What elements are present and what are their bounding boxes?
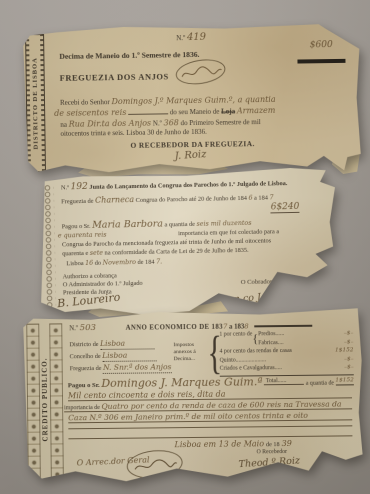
official-oval-stamp-icon bbox=[125, 448, 183, 481]
doc-title: Decima de Maneio do 1.º Semestre de 1836… bbox=[59, 50, 199, 61]
pagou-label: Pagou o Sr. bbox=[62, 223, 91, 231]
amount-rule bbox=[297, 59, 345, 64]
amount-words-hand-1: seis mil duzentos bbox=[196, 220, 251, 228]
tax-row-value: –$– bbox=[344, 338, 354, 347]
recebedor-signature: J. Roiz bbox=[174, 149, 206, 162]
rubric-oval-stamp-icon bbox=[174, 56, 227, 87]
lisboa-label: Lisboa bbox=[66, 260, 83, 267]
doc-number-label: N.º bbox=[61, 184, 69, 191]
district-side-label: DISTRICTO DE LISBOA bbox=[31, 57, 39, 149]
doc-number-value: 192 bbox=[70, 182, 87, 192]
junta-header: Junta do Lançamento da Congrua dos Paroc… bbox=[89, 180, 287, 191]
quarenta-label: quarenta e bbox=[62, 250, 88, 257]
sub-rows: Predios...... –$– Fabricas.... –$– bbox=[258, 329, 353, 347]
freguezia-title: FREGUEZIA DOS ANJOS bbox=[60, 72, 169, 83]
doc-number-value: 503 bbox=[80, 323, 96, 333]
year1-hand: 7 bbox=[223, 323, 227, 331]
na-label: na bbox=[60, 121, 67, 129]
maneio-struck-word: Loja bbox=[221, 107, 235, 115]
cobrador-label: O Cobrador bbox=[241, 278, 272, 286]
freguezia-label: Freguezia de bbox=[70, 365, 102, 372]
house-number-label: N.º bbox=[153, 119, 162, 127]
cobrador-signature: Fran.co Jorge bbox=[217, 290, 283, 307]
freguezia-field: Freguezia de N. Snr.ª dos Anjos bbox=[70, 361, 172, 374]
tax-row-value: 1$152 bbox=[335, 346, 354, 355]
impostos-label-3: Decima... bbox=[174, 356, 208, 363]
freguezia-value-hand: N. Snr.ª dos Anjos bbox=[103, 361, 172, 374]
rubric-scribble-icon bbox=[175, 57, 226, 86]
tax-row-label: Predios...... bbox=[258, 330, 284, 339]
month-hand: Novembro bbox=[103, 259, 137, 267]
doc-number-label: N.º bbox=[69, 325, 78, 332]
year1-hand: 6 bbox=[248, 195, 252, 202]
amount-words-line: de seiscentos reis do seu Maneio de Loja… bbox=[54, 106, 275, 118]
amount-hand: 6$240 bbox=[271, 202, 300, 214]
year2-hand: 7 bbox=[269, 194, 273, 201]
credito-publico-side-label: CREDITO PUBLICO. bbox=[41, 358, 50, 442]
street-hand: Rua Dir.ta dos Anjos bbox=[69, 119, 152, 129]
importancia-hand: Quatro por cento da renda de caza de 600… bbox=[101, 399, 341, 411]
side-label-strip: DISTRICTO DE LISBOA bbox=[25, 34, 46, 172]
blank-rule bbox=[264, 378, 304, 385]
house-line-hand: Caza N.º 306 em Janeiro prim.º de mil oi… bbox=[68, 410, 352, 423]
pagou-label: Pagou o Sr. bbox=[68, 382, 100, 389]
group-label: 1 por cento de bbox=[219, 330, 252, 347]
authorization-block: Authorizo a cobrança O Administrador do … bbox=[63, 271, 183, 297]
date-line: Lisboa 16 do Novembro de 184 7. bbox=[66, 259, 162, 268]
quantia-label: a quantia de bbox=[164, 221, 195, 229]
credito-publico-side-band: CREDITO PUBLICO. bbox=[26, 323, 64, 475]
recebi-label: Recebi do Senhor bbox=[60, 98, 110, 107]
tax-row-label: Criados e Cavalgaduras..... bbox=[220, 364, 282, 373]
photo-of-three-receipts: DISTRICTO DE LISBOA N.º 419 Decima de Ma… bbox=[0, 0, 370, 494]
receipt-credito-publico-paper: CREDITO PUBLICO. N.º 503 ANNO ECONOMICO … bbox=[23, 308, 363, 486]
house-number-hand: 368 bbox=[164, 118, 179, 127]
blank-rule bbox=[128, 107, 168, 115]
quantia-label: a quantia de bbox=[306, 381, 334, 387]
stamp-column-icon bbox=[49, 323, 64, 477]
congrua-until-label: Congrua do Parocho até 20 de Junho de 18… bbox=[136, 195, 247, 204]
year-word-hand: sete bbox=[90, 250, 103, 257]
concelho-field: Concelho de Lisboa bbox=[70, 349, 172, 362]
blank-ruled-line bbox=[68, 424, 352, 429]
freguezia-line: Freguezia de Charneca Congrua do Parocho… bbox=[61, 192, 273, 205]
recebedor-label: O Recebedor bbox=[257, 449, 287, 455]
receipt-credito-publico-1837: CREDITO PUBLICO. N.º 503 ANNO ECONOMICO … bbox=[23, 308, 363, 486]
body-line-2: quarenta e sete na conformidade da Carta… bbox=[62, 247, 249, 258]
districto-value-hand: Lisboa bbox=[100, 337, 154, 350]
de-18-label: de 18 bbox=[266, 441, 280, 448]
maneio-label: do seu Maneio de bbox=[170, 108, 220, 117]
doc-number-value: 419 bbox=[187, 32, 206, 43]
importancia-label: importancia em que foi colectado para a bbox=[178, 228, 279, 237]
receipt-decima-1836: DISTRICTO DE LISBOA N.º 419 Decima de Ma… bbox=[23, 24, 361, 177]
date-year-hand: 39 bbox=[282, 439, 292, 448]
concelho-label: Concelho de bbox=[70, 353, 101, 360]
stamp-scribble-icon bbox=[127, 449, 183, 480]
blank-ruled-line bbox=[68, 434, 352, 439]
total-value: 1$152 bbox=[335, 376, 354, 386]
importancia-label: importancia de bbox=[64, 405, 100, 411]
year2-hand: 8 bbox=[244, 322, 248, 330]
amount-words-hand-2: e quarenta reis bbox=[58, 232, 107, 240]
one-percent-group: 1 por cento de { Predios...... –$– Fabri… bbox=[219, 329, 353, 347]
tax-row-label: 4 por cento das rendas de casas bbox=[219, 347, 292, 356]
do-label: do bbox=[95, 260, 101, 267]
freguezia-label: Freguezia de bbox=[61, 198, 93, 206]
lei-label: na conformidade da Carta de Lei de 29 de… bbox=[105, 247, 249, 257]
recebedor-signature: Theod.º Roiz bbox=[238, 455, 300, 470]
tax-row-value: –$– bbox=[344, 329, 354, 338]
payer-name-hand: Maria Barbora bbox=[92, 218, 163, 230]
payer-name-hand: Domingos J.º Marques Guim.º, a quantia bbox=[111, 95, 275, 106]
amount-words-hand: de seiscentos reis bbox=[54, 108, 126, 118]
receipt-congrua-1847-paper: N.º 192 Junta do Lançamento da Congrua d… bbox=[39, 167, 338, 317]
de-label: de 184 bbox=[137, 259, 154, 266]
concelho-value-hand: Lisboa bbox=[102, 349, 156, 362]
recebi-line: Recebi do Senhor Domingos J.º Marques Gu… bbox=[60, 95, 276, 107]
tax-row-label: Fabricas.... bbox=[258, 339, 284, 348]
maneio-hand: Armazem bbox=[237, 106, 276, 116]
payer-name-hand: Domingos J. Marques Guim.ª bbox=[101, 375, 262, 390]
tax-row-value: –$– bbox=[344, 363, 354, 372]
year-hand: 7. bbox=[156, 259, 162, 266]
semestre-label: do Primeiro Semestre de mil bbox=[181, 118, 261, 127]
impostos-label-block: Impostos annexos á Decima... bbox=[173, 342, 207, 363]
coil-border-ornament bbox=[43, 185, 56, 307]
freguezia-hand: Charneca bbox=[95, 195, 134, 205]
amount-value: $600 bbox=[297, 40, 345, 51]
day-hand: 16 bbox=[85, 260, 93, 267]
receipt-congrua-1847: N.º 192 Junta do Lançamento da Congrua d… bbox=[39, 167, 338, 317]
header-rule bbox=[254, 325, 312, 328]
doc-number-label: N.º bbox=[176, 34, 185, 42]
street-line: na Rua Dir.ta dos Anjos N.º 368 do Prime… bbox=[60, 117, 260, 129]
receipt-decima-1836-paper: DISTRICTO DE LISBOA N.º 419 Decima de Ma… bbox=[23, 24, 361, 177]
date-line: oitocentos trinta e seis. Lisboa 30 de J… bbox=[60, 128, 207, 138]
a-label: a 184 bbox=[254, 194, 268, 201]
districto-label: Districto de bbox=[69, 341, 98, 348]
amount-block: $600 bbox=[297, 40, 345, 69]
header-line: N.º 192 Junta do Lançamento da Congrua d… bbox=[61, 178, 288, 192]
tax-row: Criados e Cavalgaduras..... –$– bbox=[220, 363, 354, 373]
date-city-hand: Lisboa em 13 de Maio bbox=[174, 439, 264, 449]
tax-row-value: –$– bbox=[344, 355, 354, 364]
districto-field: Districto de Lisboa bbox=[69, 337, 171, 350]
date-line: Lisboa em 13 de Maio de 18 39 bbox=[174, 439, 291, 449]
location-fields: Districto de Lisboa Concelho de Lisboa F… bbox=[69, 337, 171, 374]
